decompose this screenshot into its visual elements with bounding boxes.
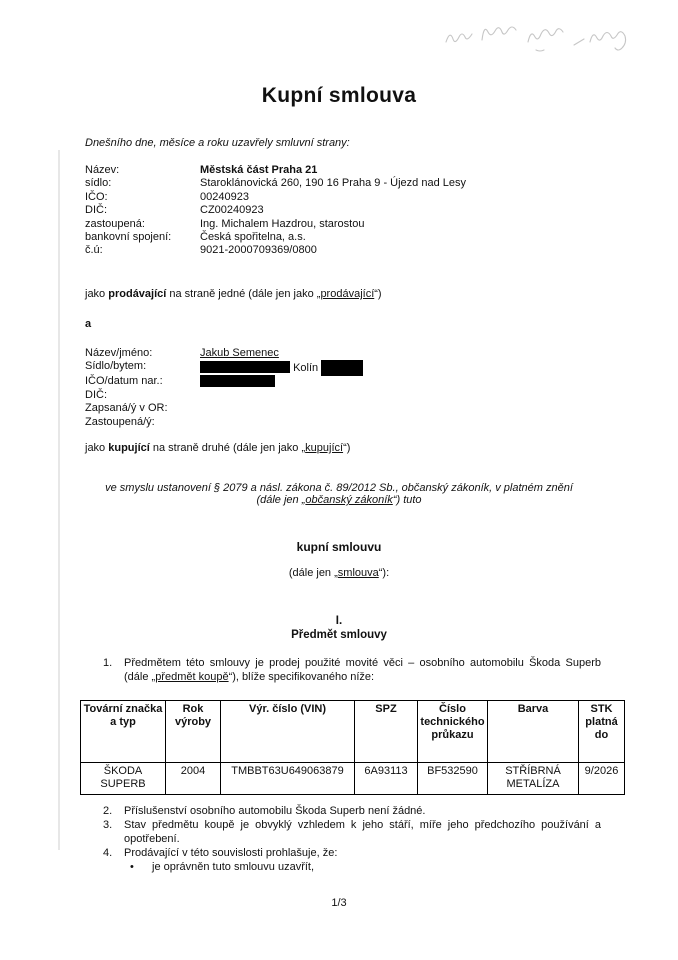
field-label: Sídlo/bytem: — [85, 360, 200, 373]
party-alias: kupující — [305, 442, 343, 454]
conjunction: a — [85, 318, 91, 330]
field-row: Zapsaná/ý v OR: — [85, 402, 618, 415]
table-cell: 6A93113 — [355, 763, 418, 795]
legal-line-1: ve smyslu ustanovení § 2079 a násl. záko… — [0, 482, 678, 494]
intro-line: Dnešního dne, měsíce a roku uzavřely sml… — [85, 137, 350, 149]
handwritten-annotation — [440, 12, 655, 57]
bullet-text: je oprávněn tuto smlouvu uzavřít, — [152, 860, 314, 874]
field-row: Sídlo/bytem: Kolín — [85, 360, 618, 375]
field-label: Název: — [85, 164, 200, 177]
field-row: zastoupená: Ing. Michalem Hazdrou, staro… — [85, 218, 618, 231]
clause-text: “) — [374, 288, 381, 300]
table-header-row: Tovární značka a typ Rok výroby Výr. čís… — [81, 701, 625, 763]
field-row: sídlo: Staroklánovická 260, 190 16 Praha… — [85, 177, 618, 190]
party-block-seller: Název: Městská část Praha 21 sídlo: Star… — [85, 164, 618, 258]
table-header-cell: Výr. číslo (VIN) — [221, 701, 355, 763]
table-header-cell: Rok výroby — [166, 701, 221, 763]
field-row: DIČ: — [85, 389, 618, 402]
redaction-box — [200, 361, 290, 373]
list-number: 3. — [103, 818, 124, 832]
table-header-cell: Tovární značka a typ — [81, 701, 166, 763]
field-row: Zastoupená/ý: — [85, 416, 618, 429]
list-number: 2. — [103, 804, 124, 818]
table-cell: TMBBT63U649063879 — [221, 763, 355, 795]
field-row: Název: Městská část Praha 21 — [85, 164, 618, 177]
field-value: CZ00240923 — [200, 204, 618, 217]
list-item-4-bullet: • je oprávněn tuto smlouvu uzavřít, — [130, 860, 601, 874]
table-header-cell: Číslo technického průkazu — [418, 701, 488, 763]
table-cell: 2004 — [166, 763, 221, 795]
list-items-2-4: 2. Příslušenství osobního automobilu Ško… — [103, 804, 601, 874]
clause-text: na straně jedné (dále jen jako „ — [166, 288, 320, 300]
field-value: Městská část Praha 21 — [200, 164, 618, 177]
table-header-cell: STK platná do — [579, 701, 625, 763]
list-item-3: 3. Stav předmětu koupě je obvyklý vzhled… — [103, 818, 601, 846]
table-cell: ŠKODA SUPERB — [81, 763, 166, 795]
contract-page: Kupní smlouva Dnešního dne, měsíce a rok… — [0, 0, 678, 960]
table-row: ŠKODA SUPERB 2004 TMBBT63U649063879 6A93… — [81, 763, 625, 795]
field-value: Kolín — [200, 360, 618, 376]
legal-clause: ve smyslu ustanovení § 2079 a násl. záko… — [0, 482, 678, 506]
section-number: I. — [0, 615, 678, 629]
bullet-icon: • — [130, 860, 152, 874]
field-label: IČO: — [85, 191, 200, 204]
field-value: Staroklánovická 260, 190 16 Praha 9 - Új… — [200, 177, 618, 190]
list-text: Stav předmětu koupě je obvyklý vzhledem … — [124, 818, 601, 846]
section-heading: Předmět smlouvy — [0, 629, 678, 643]
list-text: Příslušenství osobního automobilu Škoda … — [124, 804, 601, 818]
vehicle-table: Tovární značka a typ Rok výroby Výr. čís… — [80, 700, 625, 795]
field-value: Česká spořitelna, a.s. — [200, 231, 618, 244]
seller-clause: jako prodávající na straně jedné (dále j… — [85, 288, 382, 300]
contract-alias: (dále jen „smlouva“): — [0, 567, 678, 579]
redaction-box — [200, 375, 275, 387]
field-row: DIČ: CZ00240923 — [85, 204, 618, 217]
field-label: sídlo: — [85, 177, 200, 190]
field-label: DIČ: — [85, 389, 200, 402]
field-label: Název/jméno: — [85, 347, 200, 360]
buyer-clause: jako kupující na straně druhé (dále jen … — [85, 442, 350, 454]
clause-text: “) — [343, 442, 350, 454]
field-label: DIČ: — [85, 204, 200, 217]
field-value: 9021-2000709369/0800 — [200, 244, 618, 257]
city-text: Kolín — [293, 362, 318, 374]
field-row: č.ú: 9021-2000709369/0800 — [85, 244, 618, 257]
party-role: prodávající — [108, 288, 166, 300]
table-header-cell: Barva — [488, 701, 579, 763]
table-header-cell: SPZ — [355, 701, 418, 763]
defined-term: předmět koupě — [155, 671, 228, 683]
party-block-buyer: Název/jméno: Jakub Semenec Sídlo/bytem: … — [85, 347, 618, 429]
list-item-2: 2. Příslušenství osobního automobilu Ško… — [103, 804, 601, 818]
defined-term: smlouva — [338, 567, 379, 579]
field-row: IČO: 00240923 — [85, 191, 618, 204]
field-value: Jakub Semenec — [200, 347, 618, 360]
list-number: 4. — [103, 846, 124, 860]
field-value: 00240923 — [200, 191, 618, 204]
field-row: Název/jméno: Jakub Semenec — [85, 347, 618, 360]
field-value — [200, 375, 618, 389]
list-text: Prodávající v této souvislosti prohlašuj… — [124, 846, 601, 860]
clause-text: na straně druhé (dále jen jako „ — [150, 442, 305, 454]
list-text: Předmětem této smlouvy je prodej použité… — [124, 656, 601, 684]
legal-line-2: (dále jen „občanský zákoník“) tuto — [0, 494, 678, 506]
field-row: bankovní spojení: Česká spořitelna, a.s. — [85, 231, 618, 244]
redaction-box — [321, 360, 363, 376]
table-cell: STŘÍBRNÁ METALÍZA — [488, 763, 579, 795]
table-cell: 9/2026 — [579, 763, 625, 795]
field-value: Ing. Michalem Hazdrou, starostou — [200, 218, 618, 231]
list-number: 1. — [103, 656, 124, 670]
field-label: Zapsaná/ý v OR: — [85, 402, 168, 415]
table-cell: BF532590 — [418, 763, 488, 795]
party-alias: prodávající — [320, 288, 374, 300]
list-item-1: 1. Předmětem této smlouvy je prodej použ… — [103, 656, 601, 684]
defined-term: občanský zákoník — [305, 494, 392, 506]
field-row: IČO/datum nar.: — [85, 375, 618, 388]
clause-text: jako — [85, 288, 108, 300]
clause-text: jako — [85, 442, 108, 454]
section-heading-block: I. Předmět smlouvy — [0, 615, 678, 642]
document-title: Kupní smlouva — [0, 84, 678, 108]
field-label: Zastoupená/ý: — [85, 416, 155, 429]
field-label: IČO/datum nar.: — [85, 375, 200, 388]
party-role: kupující — [108, 442, 150, 454]
page-number: 1/3 — [0, 897, 678, 909]
list-item-4: 4. Prodávající v této souvislosti prohla… — [103, 846, 601, 860]
field-label: bankovní spojení: — [85, 231, 200, 244]
contract-name: kupní smlouvu — [0, 540, 678, 554]
field-label: č.ú: — [85, 244, 200, 257]
field-label: zastoupená: — [85, 218, 200, 231]
